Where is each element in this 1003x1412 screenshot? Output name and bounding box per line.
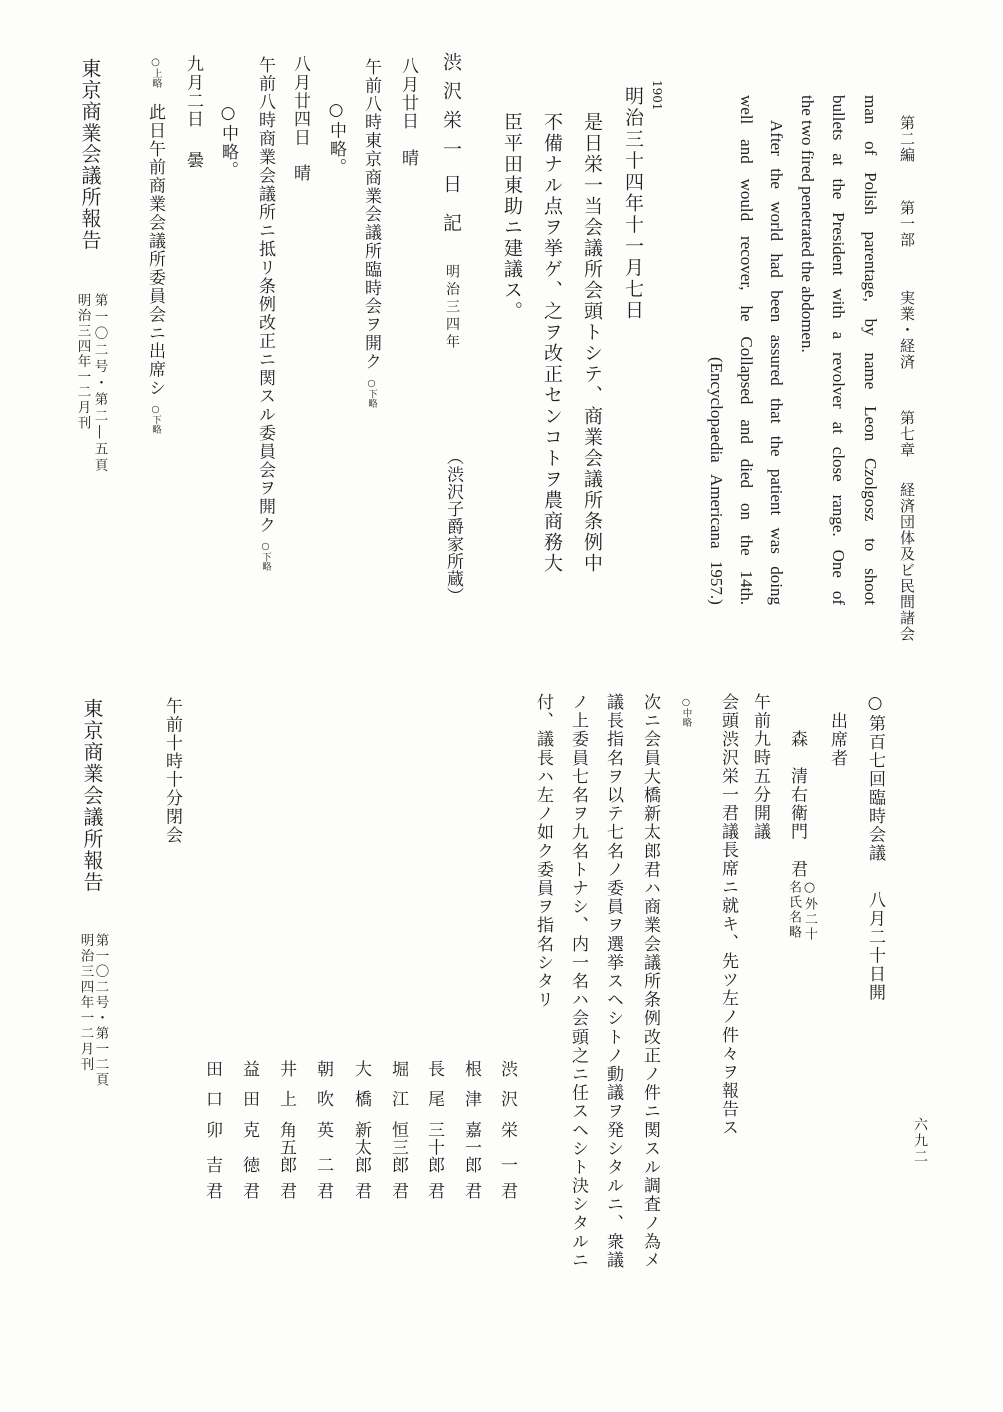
meeting-omission: ○中略 <box>681 697 691 727</box>
member-honorific: 君 <box>389 1182 406 1199</box>
attendee-note-line: 名氏名略 <box>787 880 800 940</box>
diary-entry-text-line: 午前八時商業会議所ニ抵リ条例改正ニ関スル委員会ヲ開ク○下略 <box>256 56 273 571</box>
report-issue-pages: 第一〇二号・第一二頁 <box>93 933 107 1088</box>
diary-omission: ○中略。 <box>219 103 236 180</box>
english-line: bullets at the President with a revolver… <box>828 95 848 605</box>
diary-title-kind: 日 <box>441 174 460 193</box>
diary-title-kind: 記 <box>441 213 460 232</box>
diary-title-name: 渋沢栄一 <box>441 52 460 168</box>
member-surname: 朝吹 <box>314 1060 331 1120</box>
meeting-closed: 午前十時十分閉会 <box>163 697 180 844</box>
member-surname: 根津 <box>462 1060 479 1120</box>
attendee-note-line: ○外二十 <box>803 880 816 942</box>
diary-omission: ○中略。 <box>327 100 344 177</box>
omission-note: ○下略 <box>150 404 161 434</box>
report-title: 東京商業会議所報告 <box>82 698 102 893</box>
attendee-honorific: 君 <box>787 860 807 879</box>
attendee-given-name: 清右衛門 <box>787 767 807 841</box>
entry-summary-line: 是日栄一当会議所会頭トシテ、商業会議所条例中 <box>582 112 601 574</box>
english-line: the two fired penetrated the abdomen. <box>797 95 817 605</box>
member-surname: 田口 <box>203 1060 220 1120</box>
running-head-chapter-title: 経済団体及ビ民間諸会 <box>899 482 914 642</box>
meeting-body-line: 付、議長ハ左ノ如ク委員ヲ指名シタリ <box>534 693 551 1009</box>
committee-member: 長尾 三十郎 君 <box>425 1060 442 1199</box>
member-given-name: 嘉一郎 <box>462 1118 479 1176</box>
committee-member: 益田 克徳 君 <box>240 1060 257 1199</box>
committee-member: 渋沢 栄一 君 <box>498 1060 515 1199</box>
diary-entry-date-line: 八月廿四日晴 <box>291 55 308 182</box>
member-surname: 長尾 <box>425 1060 442 1120</box>
member-honorific: 君 <box>277 1182 294 1199</box>
english-citation: (Encyclopaedia Americana 1957.) <box>706 95 726 605</box>
attendee-family-name: 森 <box>787 730 807 749</box>
member-surname: 堀江 <box>389 1060 406 1120</box>
member-given-name: 英二 <box>314 1118 331 1176</box>
member-given-name: 角五郎 <box>277 1118 294 1176</box>
diary-entry-date-line: 八月廿日晴 <box>399 57 416 167</box>
diary-entry-date: 八月廿日 <box>398 57 418 131</box>
diary-entry-text: 午前八時東京商業会議所臨時会ヲ開ク <box>361 58 381 371</box>
diary-entry-text: 此日午前商業会議所委員会ニ出席シ <box>145 103 165 397</box>
western-year: 1901 <box>651 80 663 111</box>
member-honorific: 君 <box>498 1182 515 1199</box>
entry-summary-line: 不備ナル点ヲ挙ゲ、之ヲ改正センコトヲ農商務大 <box>542 112 561 574</box>
diary-entry-date: 九月二日 <box>183 55 203 129</box>
member-honorific: 君 <box>203 1182 220 1199</box>
meeting-body-line: ノ上委員七名ヲ九名トナシ、内一名ハ会頭之ニ任スヘシト決シタルニ <box>569 693 586 1270</box>
member-given-name: 克徳 <box>240 1118 257 1176</box>
member-surname: 井上 <box>277 1060 294 1120</box>
diary-entry-date: 八月廿四日 <box>290 55 310 147</box>
english-line: After the world had been assured that th… <box>766 120 786 605</box>
diary-entry-weather: 曇 <box>183 151 203 169</box>
member-surname: 大橋 <box>352 1060 369 1120</box>
member-honorific: 君 <box>425 1182 442 1199</box>
meeting-date: 八月二十日開 <box>865 891 885 1002</box>
member-given-name: 恒三郎 <box>389 1118 406 1176</box>
diary-title-year: 明治三四年 <box>445 264 459 352</box>
omission-note: ○下略 <box>366 378 377 408</box>
member-honorific: 君 <box>314 1182 331 1199</box>
diary-source: （渋沢子爵家所蔵） <box>444 448 461 605</box>
meeting-heading: ○第百七回臨時会議 <box>865 693 885 863</box>
attendee-line: 森清右衛門君 <box>788 730 805 878</box>
diary-entry-text: 午前八時商業会議所ニ抵リ条例改正ニ関スル委員会ヲ開ク <box>255 56 275 534</box>
diary-entry-weather: 晴 <box>398 149 418 167</box>
committee-member: 井上 角五郎 君 <box>277 1060 294 1199</box>
committee-member: 根津 嘉一郎 君 <box>462 1060 479 1199</box>
committee-member: 大橋 新太郎 君 <box>352 1060 369 1199</box>
member-surname: 益田 <box>240 1060 257 1120</box>
member-honorific: 君 <box>462 1182 479 1199</box>
committee-member: 田口 卯吉 君 <box>203 1060 220 1199</box>
running-head-part: 第二編 <box>899 115 914 163</box>
diary-entry-text-line: 午前八時東京商業会議所臨時会ヲ開ク○下略 <box>362 58 379 408</box>
running-head-chapter: 第七章 <box>899 410 914 458</box>
member-honorific: 君 <box>240 1182 257 1199</box>
meeting-opened: 午前九時五分開議 <box>751 693 768 841</box>
committee-member: 堀江 恒三郎 君 <box>389 1060 406 1199</box>
diary-entry-text-line: ○上略此日午前商業会議所委員会ニ出席シ○下略 <box>146 57 163 434</box>
meeting-chair: 会頭渋沢栄一君議長席ニ就キ、先ツ左ノ件々ヲ報告ス <box>719 693 736 1137</box>
member-surname: 渋沢 <box>498 1060 515 1120</box>
report-publication-date: 明治三四年一二月刊 <box>75 293 89 431</box>
running-head-section: 第一部 <box>899 200 914 248</box>
entry-date: 明治三十四年十一月七日 <box>623 86 642 321</box>
member-given-name: 卯吉 <box>203 1118 220 1176</box>
running-head-topic: 実業・経済 <box>899 290 914 370</box>
english-line: well and would recover, he Collapsed and… <box>736 95 756 605</box>
page-number: 六九二 <box>913 1117 927 1165</box>
entry-summary-line: 臣平田東助ニ建議ス。 <box>502 112 521 322</box>
meeting-body-line: 次ニ会員大橋新太郎君ハ商業会議所条例改正ノ件ニ関スル調査ノ為メ <box>641 693 658 1270</box>
committee-member: 朝吹 英二 君 <box>314 1060 331 1199</box>
omission-note: ○上略 <box>150 57 161 88</box>
report-publication-date: 明治三四年一二月刊 <box>78 933 92 1073</box>
diary-entry-date-line: 九月二日曇 <box>184 55 201 169</box>
member-given-name: 新太郎 <box>352 1118 369 1176</box>
english-line: man of Polish parentage, by name Leon Cz… <box>860 95 880 605</box>
attendees-label: 出席者 <box>828 712 845 768</box>
member-honorific: 君 <box>352 1182 369 1199</box>
omission-note: ○下略 <box>260 541 271 571</box>
member-given-name: 栄一 <box>498 1118 515 1176</box>
report-issue-pages: 第一〇二号・第二―五頁 <box>92 293 106 475</box>
diary-entry-weather: 晴 <box>290 164 310 182</box>
member-given-name: 三十郎 <box>425 1118 442 1176</box>
report-title: 東京商業会議所報告 <box>80 58 100 251</box>
meeting-body-line: 議長指名ヲ以テ七名ノ委員ヲ選挙スヘシトノ動議ヲ発シタルニ、衆議 <box>604 693 621 1270</box>
meeting-heading-line: ○第百七回臨時会議八月二十日開 <box>866 693 883 1002</box>
